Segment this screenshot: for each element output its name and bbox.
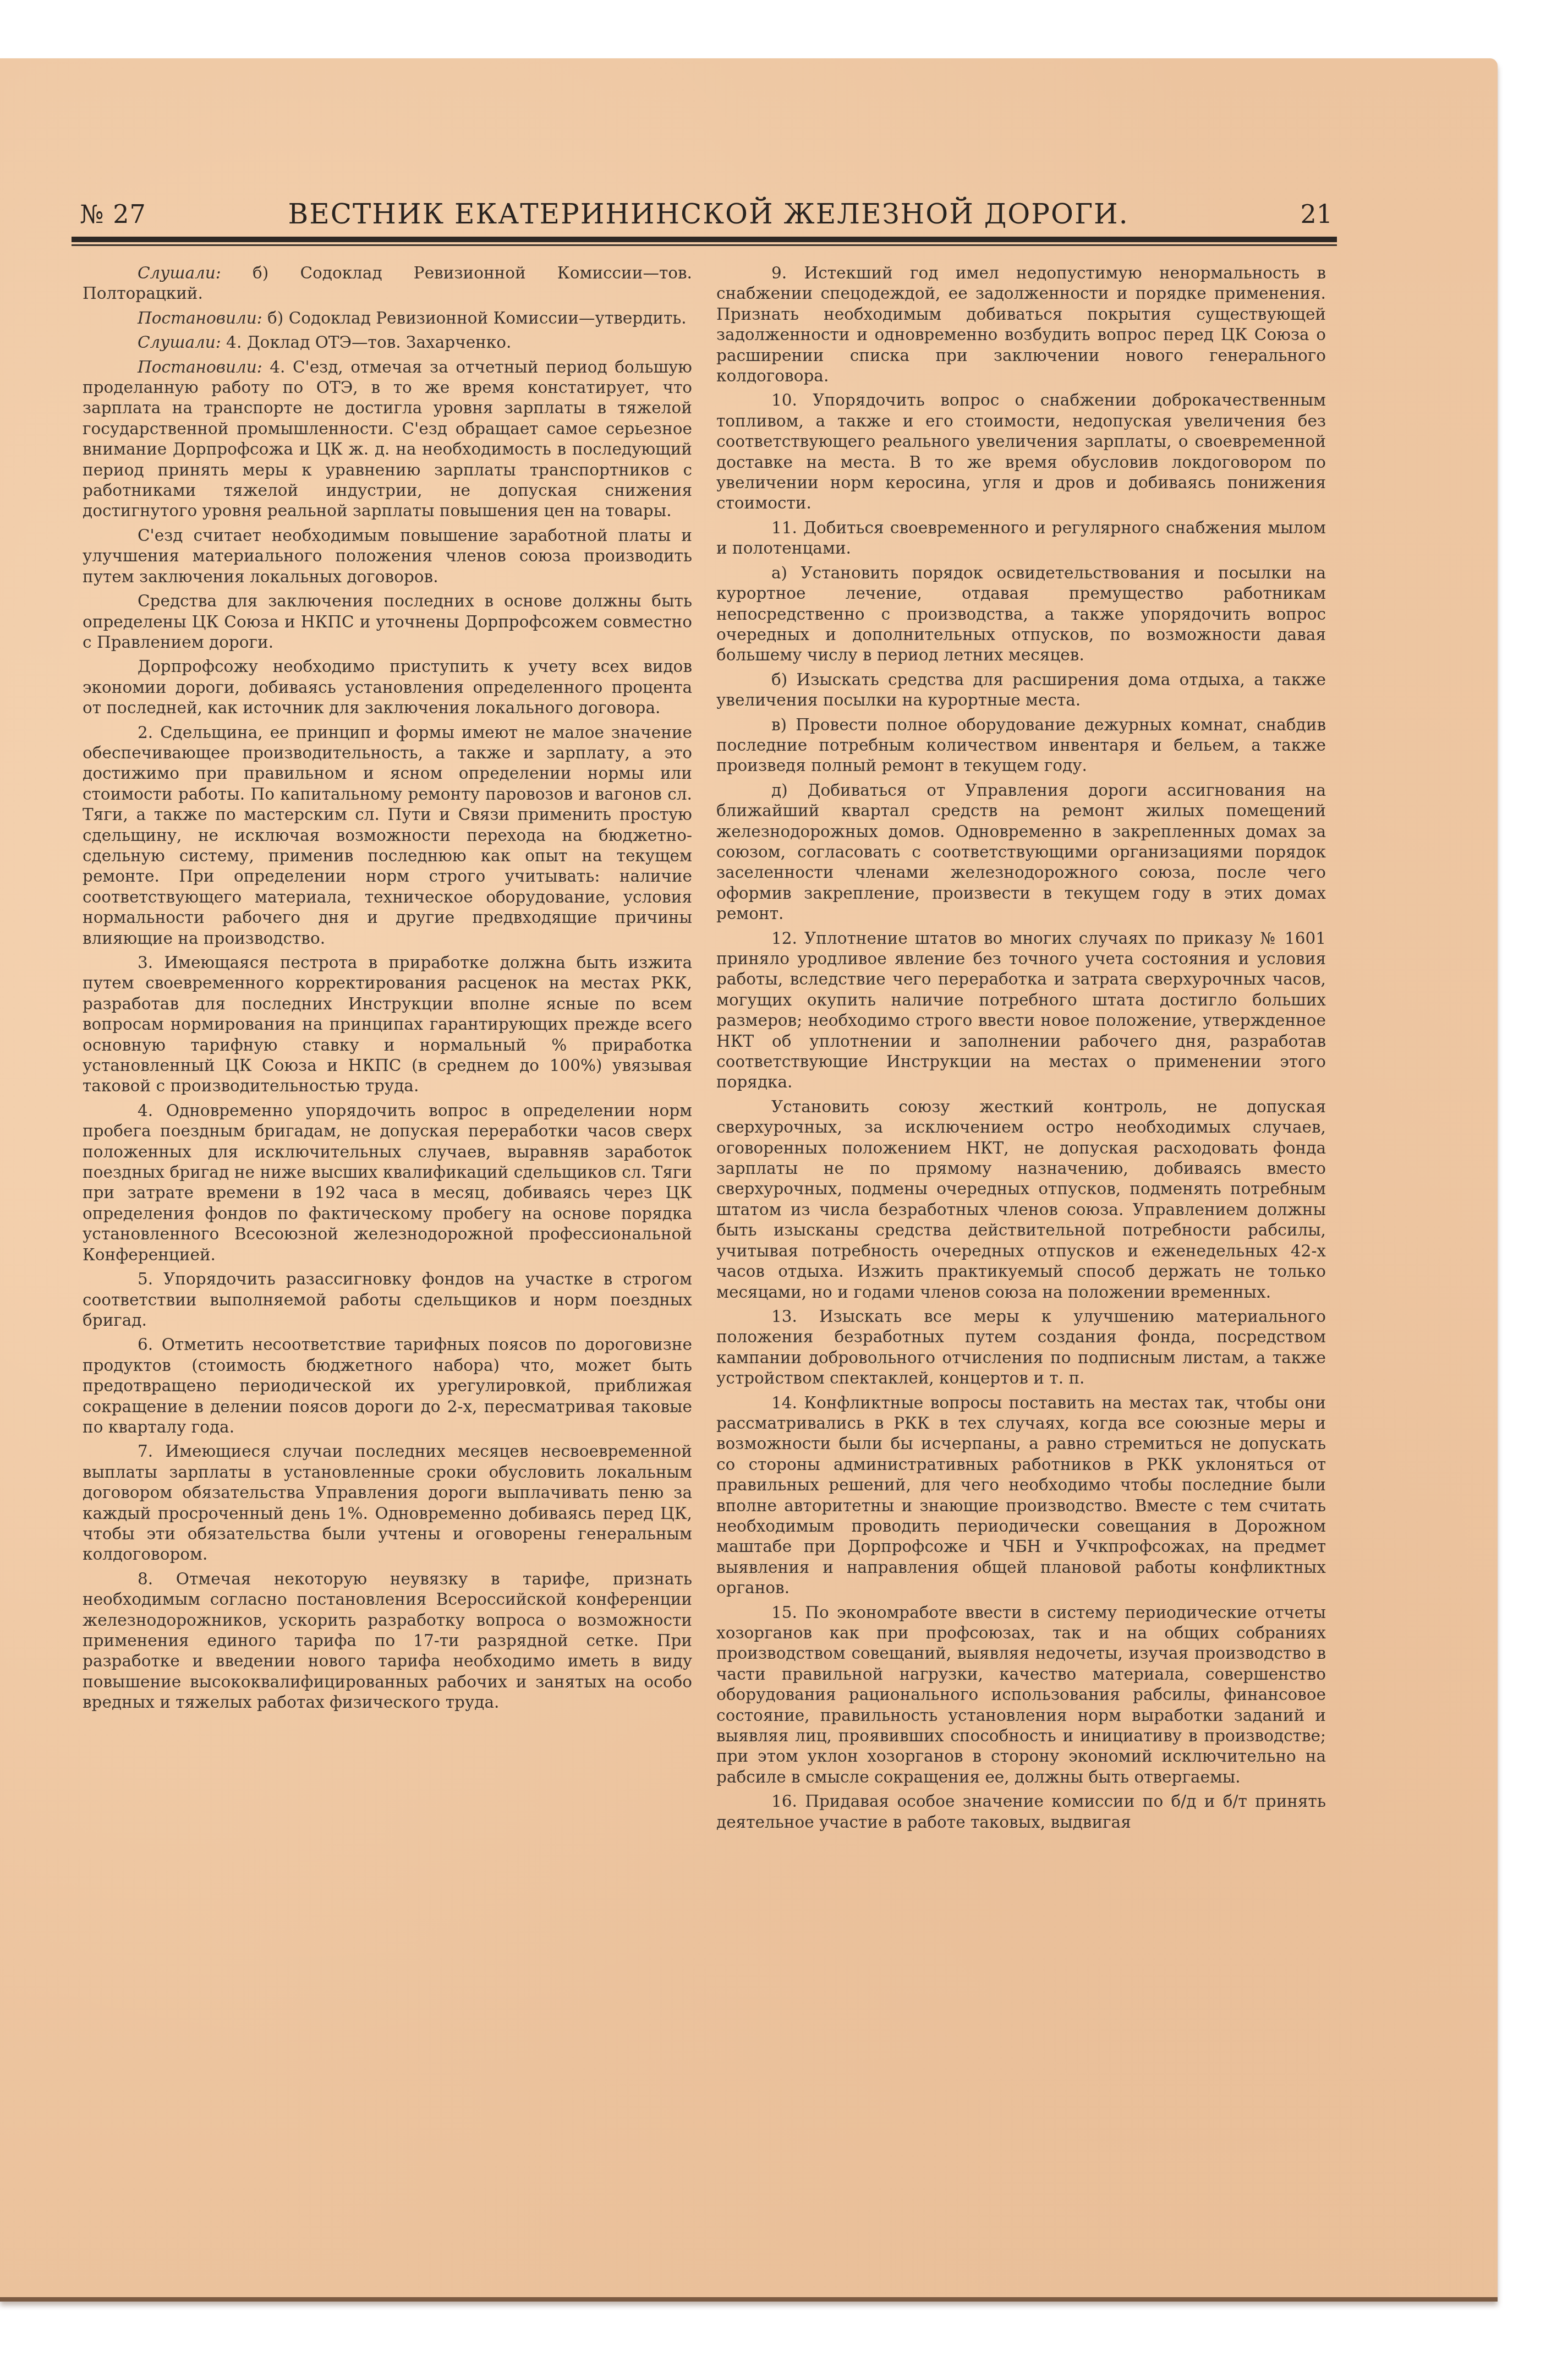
paragraph-text: 15. По экономработе ввести в систему пер… [716, 1603, 1326, 1786]
paragraph: Средства для заключения последних в осно… [83, 591, 692, 653]
paragraph: Слушали: б) Содоклад Ревизионной Комисси… [83, 263, 692, 304]
paragraph-text: б) Изыскать средства для расширения дома… [716, 670, 1326, 709]
paragraph-label: Постановили: [138, 309, 262, 327]
header-rule-thin [72, 244, 1337, 246]
paragraph: 11. Добиться своевременного и регулярног… [716, 518, 1326, 559]
paragraph: 2. Сдельщина, ее принцип и формы имеют н… [83, 723, 692, 949]
paragraph-text: Дорпрофсожу необходимо приступить к учет… [83, 657, 692, 717]
page-header: № 27 ВЕСТНИК ЕКАТЕРИНИНСКОЙ ЖЕЛЕЗНОЙ ДОР… [80, 198, 1337, 237]
paragraph: 16. Придавая особое значение комиссии по… [716, 1791, 1326, 1833]
paragraph: Постановили: 4. С'езд, отмечая за отчетн… [83, 357, 692, 522]
paragraph: Слушали: 4. Доклад ОТЭ—тов. Захарченко. [83, 332, 692, 353]
paragraph-text: 4. Одновременно упорядочить вопрос в опр… [83, 1101, 692, 1264]
paragraph: 9. Истекший год имел недопустимую ненорм… [716, 263, 1326, 386]
paragraph-text: 5. Упорядочить разассигновку фондов на у… [83, 1270, 692, 1330]
paragraph: Постановили: б) Содоклад Ревизионной Ком… [83, 308, 692, 329]
paragraph: д) Добиваться от Управления дороги ассиг… [716, 780, 1326, 925]
paragraph-text: 12. Уплотнение штатов во многих случаях … [716, 929, 1326, 1092]
paragraph-text: д) Добиваться от Управления дороги ассиг… [716, 781, 1326, 923]
paragraph-label: Слушали: [138, 264, 221, 282]
paragraph: 3. Имеющаяся пестрота в приработке должн… [83, 953, 692, 1097]
right-column: 9. Истекший год имел недопустимую ненорм… [716, 263, 1326, 1837]
paragraph-text: 9. Истекший год имел недопустимую ненорм… [716, 264, 1326, 385]
paragraph: Установить союзу жесткий контроль, не до… [716, 1097, 1326, 1303]
paragraph-text: 10. Упорядочить вопрос о снабжении добро… [716, 391, 1326, 512]
paragraph: б) Изыскать средства для расширения дома… [716, 670, 1326, 711]
paragraph: 5. Упорядочить разассигновку фондов на у… [83, 1269, 692, 1331]
paragraph: 8. Отмечая некоторую неувязку в тарифе, … [83, 1569, 692, 1713]
paragraph-text: С'езд считает необходимым повышение зара… [83, 526, 692, 586]
paragraph: а) Установить порядок освидетельствовани… [716, 563, 1326, 666]
paragraph-label: Постановили: [138, 358, 262, 376]
paragraph: 7. Имеющиеся случаи последних месяцев не… [83, 1441, 692, 1565]
paragraph-text: 8. Отмечая некоторую неувязку в тарифе, … [83, 1570, 692, 1712]
paragraph: Дорпрофсожу необходимо приступить к учет… [83, 657, 692, 718]
paragraph: 10. Упорядочить вопрос о снабжении добро… [716, 390, 1326, 513]
paragraph-text: Средства для заключения последних в осно… [83, 592, 692, 652]
paragraph-text: 16. Придавая особое значение комиссии по… [716, 1792, 1326, 1831]
paragraph-text: 7. Имеющиеся случаи последних месяцев не… [83, 1442, 692, 1564]
paragraph: 15. По экономработе ввести в систему пер… [716, 1603, 1326, 1788]
left-column: Слушали: б) Содоклад Ревизионной Комисси… [83, 263, 692, 1717]
page-bottom-edge [0, 2297, 1498, 2302]
paragraph: С'езд считает необходимым повышение зара… [83, 526, 692, 587]
header-rule-thick [72, 237, 1337, 242]
paragraph-text: а) Установить порядок освидетельствовани… [716, 564, 1326, 665]
paragraph-text: 4. Доклад ОТЭ—тов. Захарченко. [221, 333, 512, 352]
paragraph-text: 2. Сдельщина, ее принцип и формы имеют н… [83, 723, 692, 948]
paragraph-label: Слушали: [138, 333, 221, 352]
paragraph-text: 14. Конфликтные вопросы поставить на мес… [716, 1393, 1326, 1598]
paragraph: 13. Изыскать все меры к улучшению матери… [716, 1307, 1326, 1389]
paragraph: 4. Одновременно упорядочить вопрос в опр… [83, 1101, 692, 1265]
paragraph: 14. Конфликтные вопросы поставить на мес… [716, 1393, 1326, 1599]
paragraph-text: в) Провести полное оборудование дежурных… [716, 715, 1326, 775]
paragraph-text: 11. Добиться своевременного и регулярног… [716, 518, 1326, 558]
paragraph: в) Провести полное оборудование дежурных… [716, 715, 1326, 777]
paragraph-text: 13. Изыскать все меры к улучшению матери… [716, 1307, 1326, 1387]
paragraph-text: Установить союзу жесткий контроль, не до… [716, 1097, 1326, 1302]
publication-title: ВЕСТНИК ЕКАТЕРИНИНСКОЙ ЖЕЛЕЗНОЙ ДОРОГИ. [80, 198, 1337, 230]
paragraph: 6. Отметить несоответствие тарифных пояс… [83, 1335, 692, 1438]
paragraph-text: 6. Отметить несоответствие тарифных пояс… [83, 1335, 692, 1436]
paragraph-text: б) Содоклад Ревизионной Комиссии—утверди… [262, 309, 687, 327]
page-number: 21 [1300, 199, 1333, 229]
paragraph-text: 4. С'езд, отмечая за отчетный период бол… [83, 358, 692, 521]
paragraph-text: 3. Имеющаяся пестрота в приработке должн… [83, 953, 692, 1095]
paragraph: 12. Уплотнение штатов во многих случаях … [716, 928, 1326, 1093]
